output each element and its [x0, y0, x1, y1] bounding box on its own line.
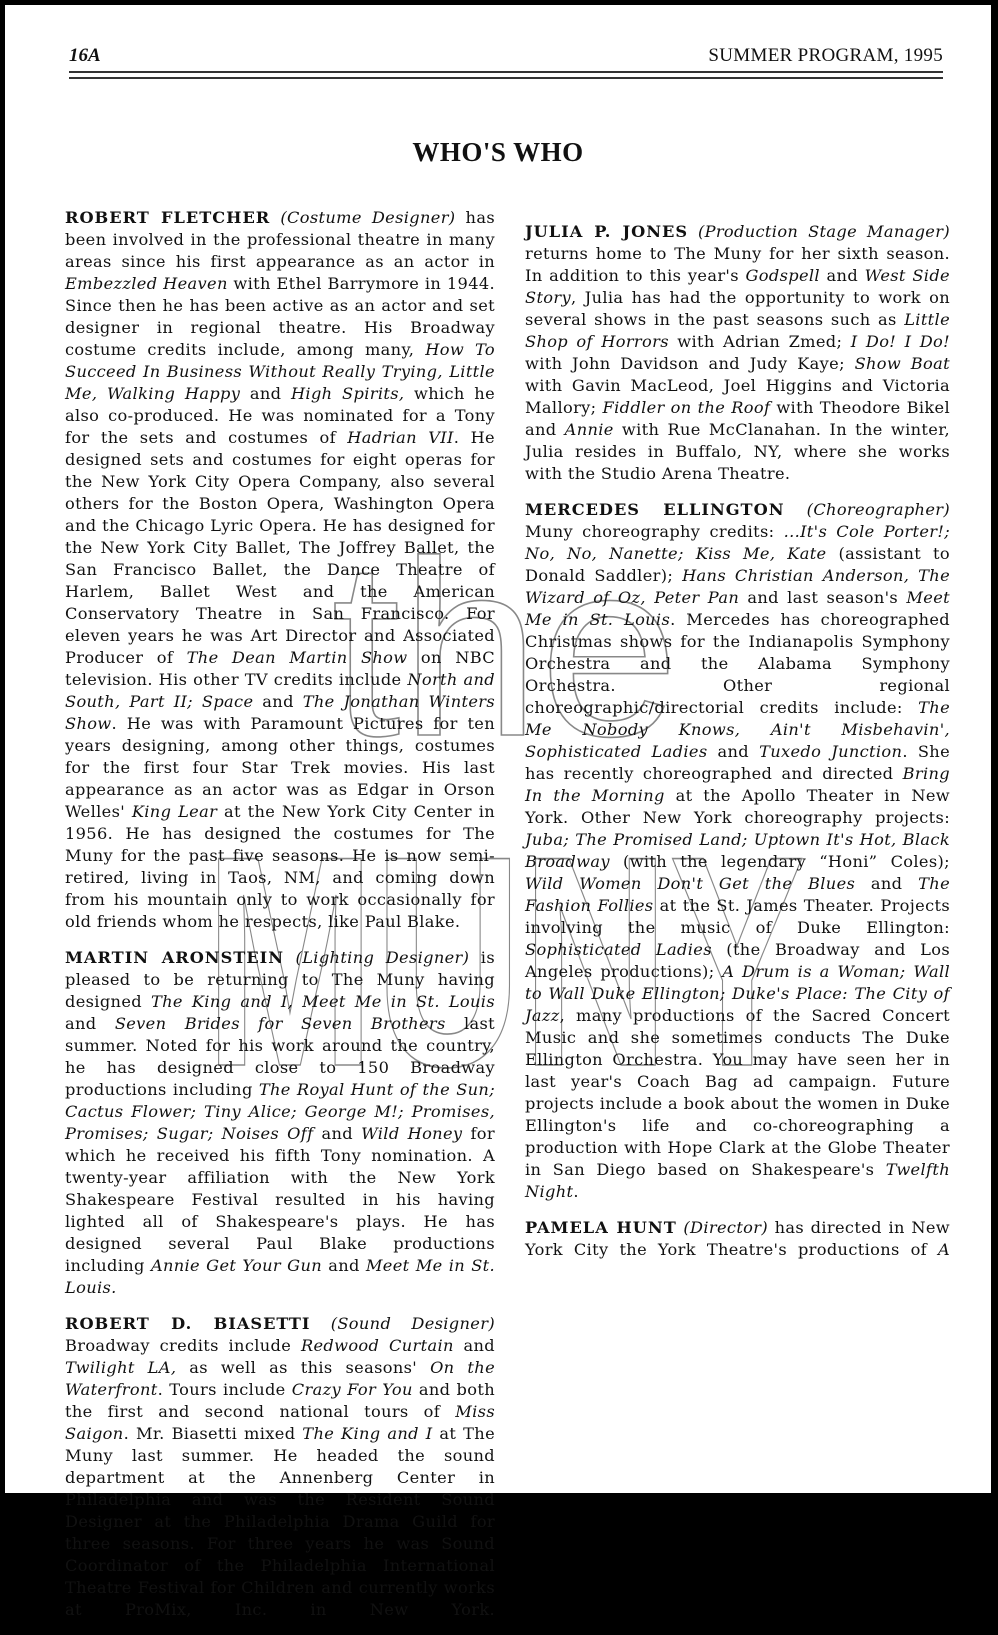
title-reference: Twilight LA,	[65, 1358, 176, 1377]
bio-text: and	[313, 1124, 361, 1143]
title-reference: Wild Women Don't Get the Blues	[525, 874, 855, 893]
bio-name: PAMELA HUNT	[525, 1218, 677, 1237]
bio-pamela-hunt: PAMELA HUNT (Director) has directed in N…	[525, 1217, 950, 1261]
title-reference: Godspell	[746, 266, 820, 285]
bio-text: Muny choreography credits:	[525, 522, 784, 541]
bio-text: (with the legendary “Honi” Coles);	[610, 852, 950, 871]
bio-role: (Director)	[683, 1218, 768, 1237]
bio-robert-d-biasetti: ROBERT D. BIASETTI (Sound Designer) Broa…	[65, 1313, 495, 1500]
title-reference: The King and I, Meet Me in St. Louis	[151, 992, 495, 1011]
publication-title: SUMMER PROGRAM, 1995	[708, 45, 943, 67]
title-reference: Redwood Curtain	[301, 1336, 454, 1355]
title-reference: Wild Honey	[361, 1124, 462, 1143]
bio-text: and	[820, 266, 865, 285]
bio-role: (Choreographer)	[807, 500, 950, 519]
bio-name: ROBERT D. BIASETTI	[65, 1314, 311, 1333]
bio-text: and	[65, 1014, 115, 1033]
bio-name: ROBERT FLETCHER	[65, 208, 270, 227]
bio-text: and	[253, 692, 302, 711]
header-rule-bottom	[69, 77, 943, 79]
title-reference: High Spirits,	[291, 384, 404, 403]
title-reference: Annie	[565, 420, 614, 439]
bio-role: (Costume Designer)	[280, 208, 455, 227]
bio-mercedes-ellington: MERCEDES ELLINGTON (Choreographer) Muny …	[525, 499, 950, 1203]
title-reference: The Dean Martin Show	[187, 648, 408, 667]
left-column: ROBERT FLETCHER (Costume Designer) has b…	[65, 207, 495, 1500]
bio-text: and	[240, 384, 291, 403]
bio-text: Broadway credits include	[65, 1336, 301, 1355]
title-reference: Show Boat	[855, 354, 950, 373]
bio-text: with John Davidson and Judy Kaye;	[525, 354, 855, 373]
page-title: WHO'S WHO	[5, 137, 991, 168]
title-reference: Seven Brides for Seven Brothers	[115, 1014, 446, 1033]
bio-text: and	[454, 1336, 495, 1355]
bio-text: , many productions of the Sacred Concert…	[525, 1006, 950, 1179]
title-reference: The King and I	[302, 1424, 432, 1443]
title-reference: Annie Get Your Gun	[151, 1256, 322, 1275]
bio-text: and	[855, 874, 918, 893]
bio-text: .	[573, 1182, 579, 1201]
bio-text: for which he received his fifth Tony nom…	[65, 1124, 495, 1275]
bio-name: JULIA P. JONES	[525, 222, 688, 241]
title-reference: I Do! I Do!	[851, 332, 950, 351]
title-reference: Hadrian VII	[347, 428, 453, 447]
bio-text: and	[322, 1256, 366, 1275]
running-header: 16A SUMMER PROGRAM, 1995	[69, 45, 943, 71]
program-page: 16A SUMMER PROGRAM, 1995 WHO'S WHO the M…	[5, 5, 991, 1493]
bio-martin-aronstein: MARTIN ARONSTEIN (Lighting Designer) is …	[65, 947, 495, 1299]
bio-julia-p-jones: JULIA P. JONES (Production Stage Manager…	[525, 221, 950, 485]
title-reference: Embezzled Heaven	[65, 274, 228, 293]
bio-text: . Tours include	[158, 1380, 292, 1399]
bio-name: MERCEDES ELLINGTON	[525, 500, 785, 519]
title-reference: Crazy For You	[292, 1380, 413, 1399]
bio-role: (Lighting Designer)	[296, 948, 470, 967]
title-reference: A	[938, 1240, 950, 1259]
bio-robert-fletcher: ROBERT FLETCHER (Costume Designer) has b…	[65, 207, 495, 933]
bio-role: (Production Stage Manager)	[698, 222, 950, 241]
bio-text: . Mr. Biasetti mixed	[124, 1424, 303, 1443]
title-reference: Sophisticated Ladies	[525, 940, 712, 959]
title-reference: King Lear	[132, 802, 217, 821]
title-reference: Tuxedo Junction	[759, 742, 902, 761]
bio-text: with Adrian Zmed;	[669, 332, 851, 351]
bio-role: (Sound Designer)	[331, 1314, 495, 1333]
right-column: JULIA P. JONES (Production Stage Manager…	[525, 207, 950, 1275]
bio-text: . He designed sets and costumes for eigh…	[65, 428, 495, 667]
page-number: 16A	[69, 45, 101, 67]
bio-name: MARTIN ARONSTEIN	[65, 948, 284, 967]
title-reference: Fiddler on the Roof	[603, 398, 771, 417]
header-rule-top	[69, 71, 943, 73]
bio-text: and last season's	[739, 588, 906, 607]
bio-text: as well as this seasons'	[176, 1358, 430, 1377]
bio-text: and	[707, 742, 759, 761]
bio-text: , Julia has had the opportunity to work …	[525, 288, 950, 329]
bio-text: at the New York City Center in 1956. He …	[65, 802, 495, 931]
